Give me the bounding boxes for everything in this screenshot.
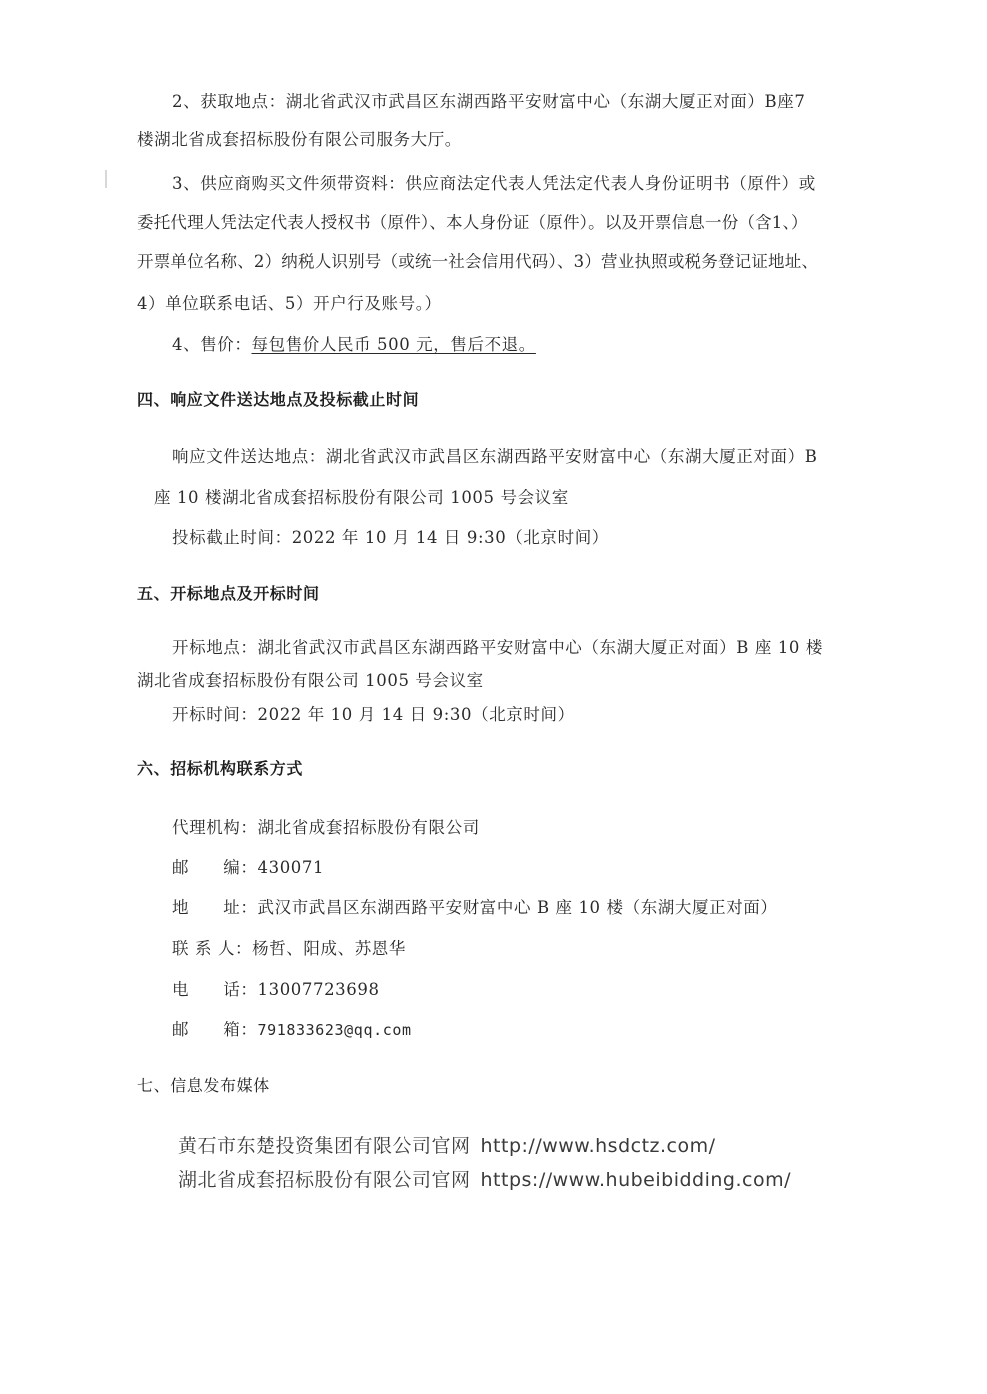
agency-value: 湖北省成套招标股份有限公司 bbox=[258, 818, 480, 837]
postcode-value: 430071 bbox=[258, 858, 325, 877]
contact-address: 地 址：武汉市武昌区东湖西路平安财富中心 B 座 10 楼（东湖大厦正对面） bbox=[172, 894, 778, 918]
media-item: 黄石市东楚投资集团有限公司官网http://www.hsdctz.com/ bbox=[178, 1131, 716, 1158]
section4-heading: 四、响应文件送达地点及投标截止时间 bbox=[137, 387, 419, 410]
item3-line2: 委托代理人凭法定代表人授权书（原件）、本人身份证（原件）。以及开票信息一份（含1… bbox=[137, 209, 808, 233]
item2-line2: 楼湖北省成套招标股份有限公司服务大厅。 bbox=[137, 126, 462, 150]
address-label: 地 址： bbox=[172, 894, 258, 918]
item4-price: 4、售价：每包售价人民币 500 元，售后不退。 bbox=[172, 331, 536, 355]
contacts-value: 杨哲、阳成、苏恩华 bbox=[252, 939, 406, 958]
price-value: 每包售价人民币 500 元，售后不退。 bbox=[252, 335, 536, 354]
contact-agency: 代理机构：湖北省成套招标股份有限公司 bbox=[172, 814, 480, 838]
opening-time: 开标时间：2022 年 10 月 14 日 9:30（北京时间） bbox=[172, 701, 575, 725]
contacts-label: 联 系 人： bbox=[172, 935, 252, 959]
media-name: 湖北省成套招标股份有限公司官网 bbox=[178, 1169, 471, 1191]
item3-line4: 4）单位联系电话、5）开户行及账号。） bbox=[137, 290, 442, 314]
bid-deadline: 投标截止时间：2022 年 10 月 14 日 9:30（北京时间） bbox=[172, 524, 609, 548]
phone-label: 电 话： bbox=[172, 976, 258, 1000]
item3-line3: 开票单位名称、2）纳税人识别号（或统一社会信用代码）、3）营业执照或税务登记证地… bbox=[137, 248, 818, 272]
agency-label: 代理机构： bbox=[172, 814, 258, 838]
contact-phone: 电 话：13007723698 bbox=[172, 976, 380, 1000]
media-item: 湖北省成套招标股份有限公司官网https://www.hubeibidding.… bbox=[178, 1165, 791, 1192]
contact-email: 邮 箱：791833623@qq.com bbox=[172, 1016, 412, 1040]
email-value: 791833623@qq.com bbox=[258, 1021, 412, 1039]
contact-postcode: 邮 编：430071 bbox=[172, 854, 324, 878]
scan-artifact bbox=[105, 170, 107, 188]
submission-address-line2: 座 10 楼湖北省成套招标股份有限公司 1005 号会议室 bbox=[154, 484, 569, 508]
section5-heading: 五、开标地点及开标时间 bbox=[137, 581, 320, 604]
opening-place-line1: 开标地点：湖北省武汉市武昌区东湖西路平安财富中心（东湖大厦正对面）B 座 10 … bbox=[172, 634, 823, 658]
price-label: 4、售价： bbox=[172, 335, 252, 354]
opening-place-line2: 湖北省成套招标股份有限公司 1005 号会议室 bbox=[137, 667, 484, 691]
section7-heading: 七、信息发布媒体 bbox=[137, 1073, 270, 1096]
phone-value: 13007723698 bbox=[258, 980, 380, 999]
contact-persons: 联 系 人：杨哲、阳成、苏恩华 bbox=[172, 935, 406, 959]
submission-address-line1: 响应文件送达地点：湖北省武汉市武昌区东湖西路平安财富中心（东湖大厦正对面）B bbox=[172, 443, 817, 467]
media-name: 黄石市东楚投资集团有限公司官网 bbox=[178, 1135, 471, 1157]
address-value: 武汉市武昌区东湖西路平安财富中心 B 座 10 楼（东湖大厦正对面） bbox=[258, 898, 778, 917]
media-url-link[interactable]: https://www.hubeibidding.com/ bbox=[481, 1169, 792, 1191]
item3-line1: 3、供应商购买文件须带资料：供应商法定代表人凭法定代表人身份证明书（原件）或 bbox=[172, 170, 816, 194]
item2-line1: 2、获取地点：湖北省武汉市武昌区东湖西路平安财富中心（东湖大厦正对面）B座7 bbox=[172, 88, 805, 112]
postcode-label: 邮 编： bbox=[172, 854, 258, 878]
email-label: 邮 箱： bbox=[172, 1016, 258, 1040]
media-url-link[interactable]: http://www.hsdctz.com/ bbox=[481, 1135, 716, 1157]
section6-heading: 六、招标机构联系方式 bbox=[137, 756, 303, 779]
